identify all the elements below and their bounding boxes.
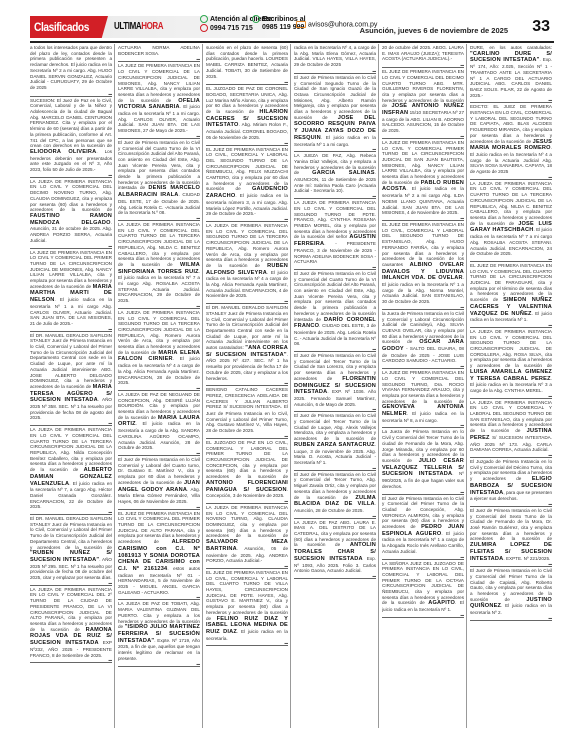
notice-code-mark: ▬ — [294, 574, 376, 578]
notice-code-mark: ▬ — [118, 216, 200, 220]
legal-notice: SUCESION: El Juez de Paz en lo Civil, Co… — [30, 97, 112, 178]
column-3: sucesión en el plazo de sesenta (60) día… — [206, 44, 291, 728]
legal-notice: El Juez de Primera Instancia en lo Civil… — [470, 567, 552, 621]
newspaper-logo: ULTIMAHORA — [114, 21, 163, 32]
legal-notice: EL JUEZ DE PRIMERA INSTANCIA EN LO CIVIL… — [382, 68, 464, 139]
notice-text: El DR. MANUEL GERALDO SAIFILDIN STANLEY … — [206, 305, 288, 350]
legal-notice: radica en la Secretaría Nº 4, a cargo de… — [294, 44, 376, 74]
legal-notice: LA JUEZA DE PAZ ABG. LAURA E. IMAS A. DE… — [294, 519, 376, 579]
legal-notice: EL JUEZ DE PRIMERA INSTANCIA EN LO CIVIL… — [382, 221, 464, 310]
notice-code-mark: ▬ — [470, 257, 552, 261]
notice-code-mark: ▬ — [30, 581, 112, 585]
notice-code-mark: ▬ — [294, 147, 376, 151]
legal-notice: EL JUEZ DE PRIMERA INSTANCIA EN LO CIVIL… — [118, 510, 200, 601]
notice-code-mark: ▬ — [294, 407, 376, 411]
legal-notice: LA JUEZ DE PRIMERA INSTANCIA EN LO CIVIL… — [382, 369, 464, 428]
notice-text: El Juez de Primera Instancia en lo Civil… — [470, 508, 552, 542]
notice-text: radica en la Secretaría Nº 4, a cargo de… — [294, 45, 376, 67]
legal-notice: LA JUEZ DE PRIMERA INSTANCIA EN LO CIVIL… — [118, 62, 200, 138]
column-5: 20 de octubre del 2025. ABOG. LAURA E. I… — [382, 44, 467, 728]
notice-text: BENIGNO CATALINO CACERES PEREZ, CRESCENC… — [206, 387, 288, 409]
notice-text: LA JUEZA DE PRIMERA INSTANCIA EN LO CIVI… — [118, 310, 200, 355]
legal-notice: BENIGNO CATALINO CACERES PEREZ, CRESCENC… — [206, 386, 288, 439]
legal-notice: LA JUEZA DE PRIMERA INSTANCIA EN LO CIVI… — [30, 178, 112, 249]
legal-notice: LA JUEZA DE PRIMERA INSTANCIA EN LO CIVI… — [30, 586, 112, 663]
notice-code-mark: ▬ — [294, 466, 376, 470]
notice-code-mark: ▬ — [206, 641, 288, 645]
notice-code-mark: ▬ — [382, 555, 464, 559]
notice-code-mark: ▬ — [118, 662, 200, 666]
legal-notice: El Juzgado de Primera Instancia en lo Ci… — [470, 458, 552, 507]
notice-text: LA SEÑORA JUEZ DEL JUZGADO DE PRIMERA IN… — [382, 561, 464, 606]
notice-code-mark: ▬ — [118, 451, 200, 455]
legal-notice: El Juez de Primera Instancia en lo Civil… — [294, 471, 376, 519]
column-6: DURE, en los autos caratulados: "CARLINO… — [470, 44, 554, 728]
decedent-name: FAUSTINO RAMON MENDOZA DELGADO — [30, 213, 112, 226]
notice-code-mark: ▬ — [470, 175, 552, 179]
legal-notice: LA JUEZA DE PRIMERA INSTANCIA EN LO CIVI… — [470, 328, 552, 399]
legal-notice: LA JUEZA DE PAZ, Abg. Rebeca Yanina Díaz… — [294, 152, 376, 199]
notice-code-mark: ▬ — [470, 616, 552, 620]
legal-notice: 20 de octubre del 2025. ABOG. LAURA E. I… — [382, 44, 464, 68]
legal-notice: LA JUEZA DE PRIMERA INSTANCIA EN LO CIVI… — [30, 426, 112, 515]
issue-date: Asunción, jueves 6 de noviembre de 2025 — [360, 26, 508, 35]
notice-text: . Exp. Nº 174, Año: 2.025, Sección Nº 1 … — [470, 57, 552, 97]
legal-notice: El Juez de Primera Instancia en lo Civil… — [382, 495, 464, 560]
legal-notice: EL JUZGADO DE PAZ DE CORONEL BOGADO, SEC… — [206, 85, 288, 145]
legal-notice: LA JUEZA DE PAZ DE TOBATI, Abg. MARIA VA… — [118, 600, 200, 666]
notice-code-mark: ▬ — [470, 453, 552, 457]
decedent-name: AGAPITO — [428, 600, 455, 606]
notice-text: LA JUEZA DE PRIMERA INSTANCIA EN LO CIVI… — [30, 179, 112, 213]
notice-text: LA JUEZA DE PRIMERA INSTANCIA EN LO CIVI… — [206, 505, 288, 539]
envelope-icon — [296, 21, 306, 28]
notice-text: El DR. MANUEL GERALDO SAIFILDIN STANLEY … — [30, 333, 112, 389]
notice-code-mark: ▬ — [382, 490, 464, 494]
notice-code-mark: ▬ — [206, 381, 288, 385]
notice-text: El Juez de Primera Instancia en lo Civil… — [118, 140, 200, 191]
legal-notice: El Juez de Primera Instancia en lo Civil… — [118, 139, 200, 221]
notice-code-mark: ▬ — [470, 323, 552, 327]
notice-text: LA JUEZA DE PRIMERA INSTANCIA EN LO CIVI… — [470, 329, 552, 368]
notice-text: a todos los interesados para que dentro … — [30, 45, 112, 90]
decedent-name: RUBEN ZARZA SANTACRUZ — [294, 442, 375, 448]
legal-notice: sucesión en el plazo de sesenta (60) día… — [206, 44, 288, 85]
legal-notice: EL JUEZ DE PRIMERA INSTANCIA EN LO CIVIL… — [470, 262, 552, 328]
whatsapp-icon — [200, 15, 208, 23]
legal-notice: LA JUEZA DE PRIMERA INSTANCIA EN LO CIVI… — [118, 309, 200, 391]
notice-code-mark: ▬ — [118, 595, 200, 599]
notice-code-mark: ▬ — [470, 502, 552, 506]
notice-code-mark: ▬ — [30, 421, 112, 425]
notice-code-mark: ▬ — [206, 564, 288, 568]
notice-code-mark: ▬ — [206, 80, 288, 84]
legal-notice: El Juez de Primera Instancia en lo Civil… — [470, 507, 552, 567]
notice-code-mark: ▬ — [118, 134, 200, 138]
legal-notice: LA JUEZA DE PRIMERA INSTANCIA EN LO CIVI… — [470, 399, 552, 458]
phone-icon — [200, 24, 208, 32]
decedent-name: LUISA AMARILLA GIMENEZ Y TERESA CABRAL P… — [470, 369, 552, 382]
notice-code-mark: ▬ — [30, 244, 112, 248]
legal-notice: El Juez de Primera Instancia en lo Civil… — [294, 270, 376, 352]
notice-code-mark: ▬ — [118, 57, 200, 61]
column-1: a todos los interesados para que dentro … — [30, 44, 115, 728]
legal-notice: El DR. MANUEL GERALDO SAIFILDIN STANLEY … — [206, 304, 288, 386]
notice-code-mark: ▬ — [382, 613, 464, 617]
legal-notice: El Juez de Primera Instancia en lo Civil… — [294, 74, 376, 152]
notice-code-mark: ▬ — [382, 305, 464, 309]
page-header: Clasificados ULTIMAHORA Atención al clie… — [30, 12, 554, 42]
notice-code-mark: ▬ — [294, 265, 376, 269]
notice-code-mark: ▬ — [470, 98, 552, 102]
notice-code-mark: ▬ — [206, 141, 288, 145]
notice-code-mark: ▬ — [30, 92, 112, 96]
notice-text: LA JUEZA DE PRIMERA INSTANCIA EN LO CIVI… — [30, 587, 112, 632]
decedent-name: ANTONIO FLORENCIANI PANIAGUA S/ SUCESION — [206, 480, 288, 493]
legal-notice: EDICTO: EL JUEZ DE PRIMERA INSTANCIA EN … — [470, 103, 552, 179]
legal-notice: La Jueza de Primera Instancia en lo Civi… — [382, 428, 464, 494]
notice-text: EL JUEZ DE PRIMERA INSTANCIA EN LO CIVIL… — [382, 222, 464, 267]
notice-code-mark: ▬ — [206, 499, 288, 503]
notice-code-mark: ▬ — [30, 327, 112, 331]
notice-text: El DR. MANUEL GERALDO SAIFILDIN STANLEY … — [30, 516, 112, 550]
legal-notice: El Juez de Primera Instancia en lo Civil… — [294, 352, 376, 412]
notice-code-mark: ▬ — [382, 134, 464, 138]
notice-text: ACTUARIA NORMA ADELINA BODENCER SOSA. — [118, 45, 200, 56]
notice-text: DURE, en los autos caratulados: — [470, 45, 552, 50]
notice-code-mark: ▬ — [470, 562, 552, 566]
column-2: ACTUARIA NORMA ADELINA BODENCER SOSA.▬LA… — [118, 44, 203, 728]
notice-code-mark: ▬ — [382, 63, 464, 67]
legal-notice: LA JUEZ DE PRIMERA INSTANCIA EN LO CIVIL… — [30, 249, 112, 332]
section-title-badge: Clasificados — [30, 16, 108, 38]
legal-notice: El DR. MANUEL GERALDO SAIFILDIN STANLEY … — [30, 515, 112, 586]
legal-notice: El DR. MANUEL GERALDO SAIFILDIN STANLEY … — [30, 332, 112, 427]
notice-code-mark: ▬ — [206, 299, 288, 303]
legal-notice: LA JUEZA DE PRIMERA INSTANCIA EN LO CIVI… — [470, 180, 552, 262]
notice-text: . EXPTE. Nº 221/2025. — [503, 556, 550, 561]
notice-text: 20 de octubre del 2025. ABOG. LAURA E. I… — [382, 45, 464, 61]
notice-text: LA JUEZA DE PRIMERA INSTANCIA EN LO CIVI… — [30, 427, 112, 472]
notice-text: EL JUEZ DE PRIMERA INSTANCIA EN LO CIVIL… — [206, 147, 288, 192]
notice-code-mark: ▬ — [382, 423, 464, 427]
notice-text: LA JUEZ DE PRIMERA INSTANCIA EN LO CIVIL… — [382, 140, 464, 185]
notice-code-mark: ▬ — [206, 434, 288, 438]
notice-code-mark: ▬ — [382, 364, 464, 368]
notice-text: EL JUZGADO DE PAZ EN LO CIVIL, COMERCIAL… — [206, 440, 288, 479]
notice-code-mark: ▬ — [294, 514, 376, 518]
notice-text: LA JUEZA DE PRIMERA INSTANCIA EN LO CIVI… — [118, 222, 200, 267]
notice-code-mark: ▬ — [206, 217, 288, 221]
notice-text: EL JUEZ DE PRIMERA INSTANCIA EN LO CIVIL… — [206, 570, 288, 621]
notice-text: LA JUEZA DE PRIMERA INSTANCIA EN LO CIVI… — [206, 223, 288, 268]
column-4: radica en la Secretaría Nº 4, a cargo de… — [294, 44, 379, 728]
legal-notice: EL JUEZ DE PRIMERA INSTANCIA EN LO CIVIL… — [206, 146, 288, 222]
notice-text: SUCESION: El Juez de Paz en lo Civil, Co… — [30, 98, 112, 149]
legal-notice: la Jueza de Primera Instancia en lo Civi… — [382, 310, 464, 369]
notice-code-mark: ▬ — [30, 173, 112, 177]
notice-code-mark: ▬ — [294, 347, 376, 351]
notice-code-mark: ▬ — [470, 394, 552, 398]
decedent-name: GARCIA SALINAS — [312, 170, 375, 176]
legal-notice: LA JUEZA DE PAZ DE NEGUAND DE CONCEPCION… — [118, 391, 200, 456]
legal-notice: a todos los interesados para que dentro … — [30, 44, 112, 97]
legal-notice: LA SEÑORA JUEZ DEL JUZGADO DE PRIMERA IN… — [382, 560, 464, 618]
notice-code-mark: ▬ — [118, 386, 200, 390]
notice-text: sucesión en el plazo de sesenta (60) día… — [206, 45, 288, 79]
legal-notice: ACTUARIA NORMA ADELINA BODENCER SOSA.▬ — [118, 44, 200, 62]
header-rule — [30, 41, 554, 43]
legal-notice: EL JUZGADO DE PAZ EN LO CIVIL, COMERCIAL… — [206, 439, 288, 504]
legal-notice: DURE, en los autos caratulados: "CARLINO… — [470, 44, 552, 103]
classifieds-columns: a todos los interesados para que dentro … — [30, 44, 554, 728]
decedent-name: ELIODORA OLIVEIRA — [30, 149, 96, 155]
legal-notice: LA JUEZA DE PRIMERA INSTANCIA EN LO CIVI… — [206, 222, 288, 304]
notice-text: LA JUEZA DE PRIMERA INSTANCIA EN LO CIVI… — [470, 181, 552, 226]
notice-text: El Juez de Primera Instancia en lo Civil… — [294, 413, 376, 441]
legal-notice: El Juez de Primera Instancia en lo Civil… — [294, 412, 376, 470]
notice-code-mark: ▬ — [118, 505, 200, 509]
whatsapp-icon — [252, 15, 260, 23]
notice-text: El Juez de Primera Instancia en lo Civil… — [294, 75, 376, 120]
legal-notice: LA JUEZA DE PRIMERA INSTANCIA EN LO CIVI… — [118, 221, 200, 309]
notice-code-mark: ▬ — [382, 216, 464, 220]
legal-notice: LA JUEZA DE PRIMERA INSTANCIA EN LO CIVI… — [206, 504, 288, 569]
notice-code-mark: ▬ — [30, 510, 112, 514]
notice-text: El Juez de Primera Instancia en lo Civil… — [294, 271, 376, 322]
notice-code-mark: ▬ — [118, 304, 200, 308]
section-title: Clasificados — [34, 20, 89, 34]
legal-notice: LA JUEZA DE PRIMERA INSTANCIA EN LO CIVI… — [294, 199, 376, 270]
notice-code-mark: ▬ — [294, 69, 376, 73]
legal-notice: EL JUEZ DE PRIMERA INSTANCIA EN LO CIVIL… — [206, 569, 288, 646]
legal-notice: El Juez de Primera Instancia en lo Civil… — [118, 456, 200, 510]
legal-notice: LA JUEZ DE PRIMERA INSTANCIA EN LO CIVIL… — [382, 139, 464, 221]
notice-code-mark: ▬ — [294, 194, 376, 198]
notice-code-mark: ▬ — [30, 658, 112, 662]
notice-text: LA JUEZ DE PRIMERA INSTANCIA EN LO CIVIL… — [382, 370, 464, 404]
page-number: 33 — [532, 18, 550, 36]
